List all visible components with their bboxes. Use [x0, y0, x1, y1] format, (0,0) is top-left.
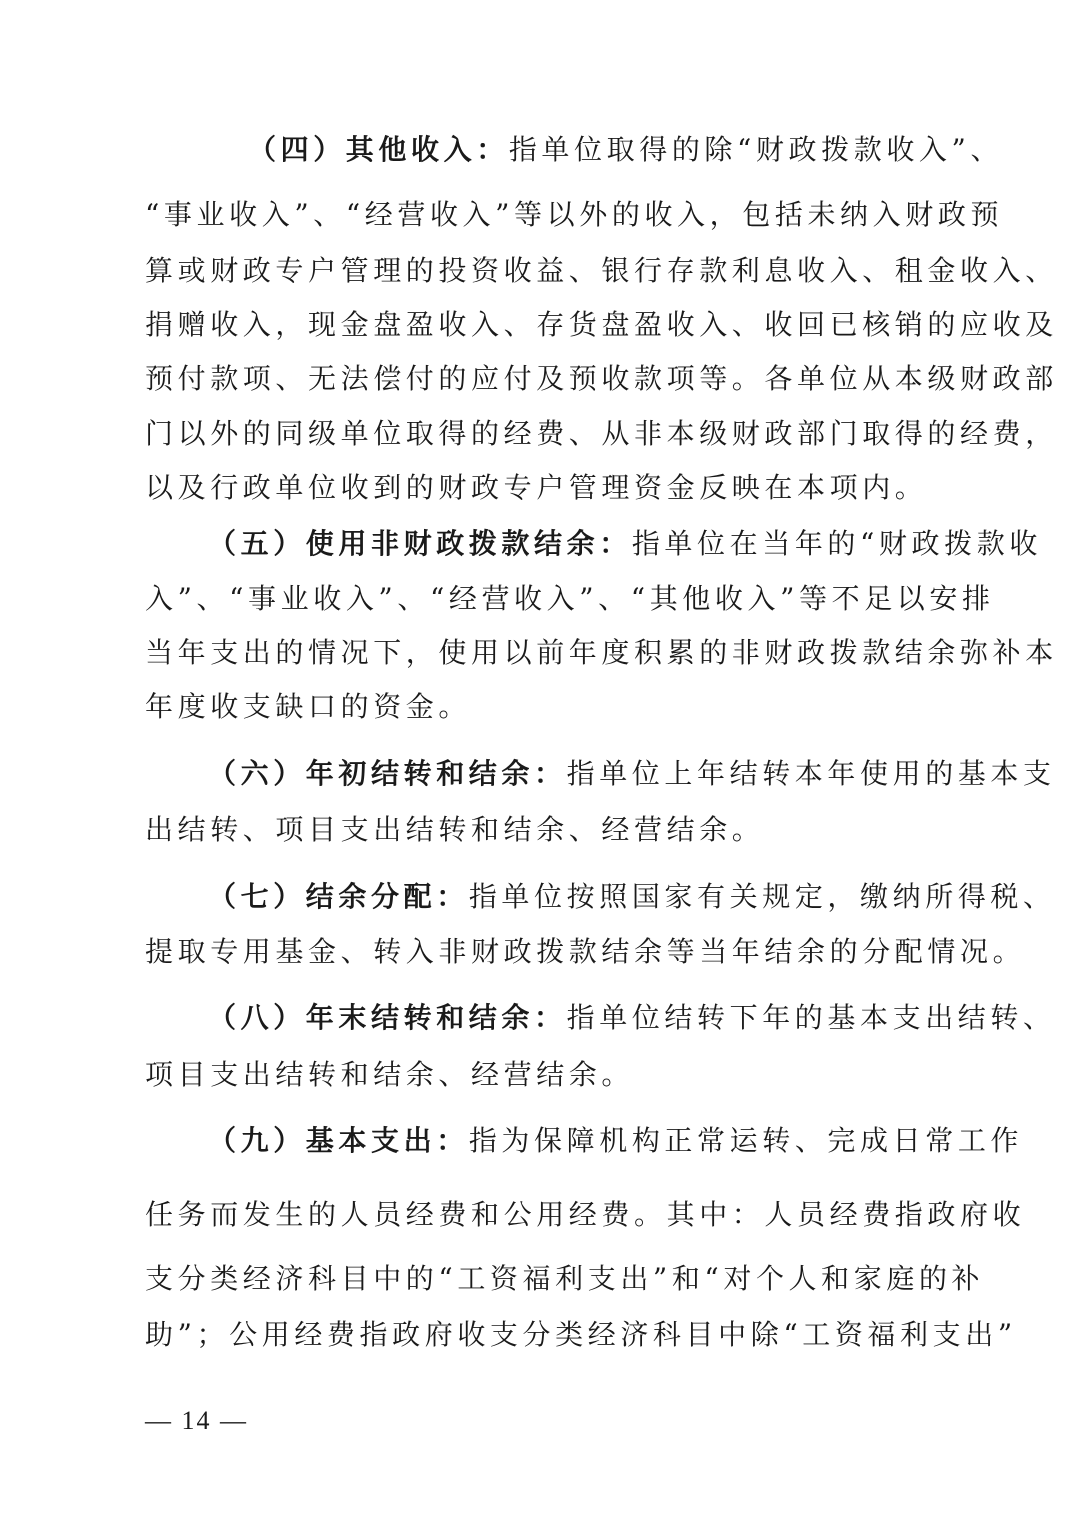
section-7-first-line: （七）结余分配：指单位按照国家有关规定，缴纳所得税、: [208, 880, 1048, 914]
section-7-heading: （七）结余分配：: [208, 880, 469, 913]
section-5-line-3: 年度收支缺口的资金。: [145, 690, 985, 724]
section-4-line-3: 捐赠收入，现金盘盈收入、存货盘盈收入、收回已核销的应收及: [145, 308, 985, 342]
page-number: — 14 —: [145, 1405, 248, 1437]
section-5-line-0: 指单位在当年的“财政拨款收: [632, 527, 1042, 560]
section-4-line-1: “事业收入”、“经营收入”等以外的收入，包括未纳入财政预: [145, 198, 985, 232]
section-9-heading: （九）基本支出：: [208, 1124, 469, 1157]
section-6-line-1: 出结转、项目支出结转和结余、经营结余。: [145, 813, 985, 847]
section-5-line-2: 当年支出的情况下，使用以前年度积累的非财政拨款结余弥补本: [145, 636, 985, 670]
section-4-line-6: 以及行政单位收到的财政专户管理资金反映在本项内。: [145, 471, 985, 505]
section-9-line-2: 支分类经济科目中的“工资福利支出”和“对个人和家庭的补: [145, 1262, 985, 1296]
section-5-heading: （五）使用非财政拨款结余：: [208, 527, 632, 560]
section-6-first-line: （六）年初结转和结余：指单位上年结转本年使用的基本支: [208, 757, 1048, 791]
section-6-line-0: 指单位上年结转本年使用的基本支: [567, 757, 1056, 790]
section-7-line-0: 指单位按照国家有关规定，缴纳所得税、: [469, 880, 1056, 913]
section-4-heading: （四）其他收入：: [248, 133, 509, 166]
section-9-first-line: （九）基本支出：指为保障机构正常运转、完成日常工作: [208, 1124, 1048, 1158]
section-9-line-1: 任务而发生的人员经费和公用经费。其中：人员经费指政府收: [145, 1198, 985, 1232]
section-7-line-1: 提取专用基金、转入非财政拨款结余等当年结余的分配情况。: [145, 935, 985, 969]
section-9-line-0: 指为保障机构正常运转、完成日常工作: [469, 1124, 1023, 1157]
section-9-line-3: 助”；公用经费指政府收支分类经济科目中除“工资福利支出”: [145, 1318, 985, 1352]
section-4-line-2: 算或财政专户管理的投资收益、银行存款利息收入、租金收入、: [145, 254, 985, 288]
section-4-line-4: 预付款项、无法偿付的应付及预收款项等。各单位从本级财政部: [145, 362, 985, 396]
section-5-first-line: （五）使用非财政拨款结余：指单位在当年的“财政拨款收: [208, 527, 1048, 561]
section-4-line-5: 门以外的同级单位取得的经费、从非本级财政部门取得的经费，: [145, 417, 985, 451]
section-8-first-line: （八）年末结转和结余：指单位结转下年的基本支出结转、: [208, 1001, 1048, 1035]
section-5-line-1: 入”、“事业收入”、“经营收入”、“其他收入”等不足以安排: [145, 582, 985, 616]
section-8-line-0: 指单位结转下年的基本支出结转、: [567, 1001, 1056, 1034]
section-8-heading: （八）年末结转和结余：: [208, 1001, 567, 1034]
section-4-line-0: 指单位取得的除“财政拨款收入”、: [509, 133, 1003, 166]
section-4-first-line: （四）其他收入：指单位取得的除“财政拨款收入”、: [248, 133, 1074, 167]
document-page: （四）其他收入：指单位取得的除“财政拨款收入”、 “事业收入”、“经营收入”等以…: [0, 0, 1074, 1520]
section-6-heading: （六）年初结转和结余：: [208, 757, 567, 790]
section-8-line-1: 项目支出结转和结余、经营结余。: [145, 1058, 985, 1092]
